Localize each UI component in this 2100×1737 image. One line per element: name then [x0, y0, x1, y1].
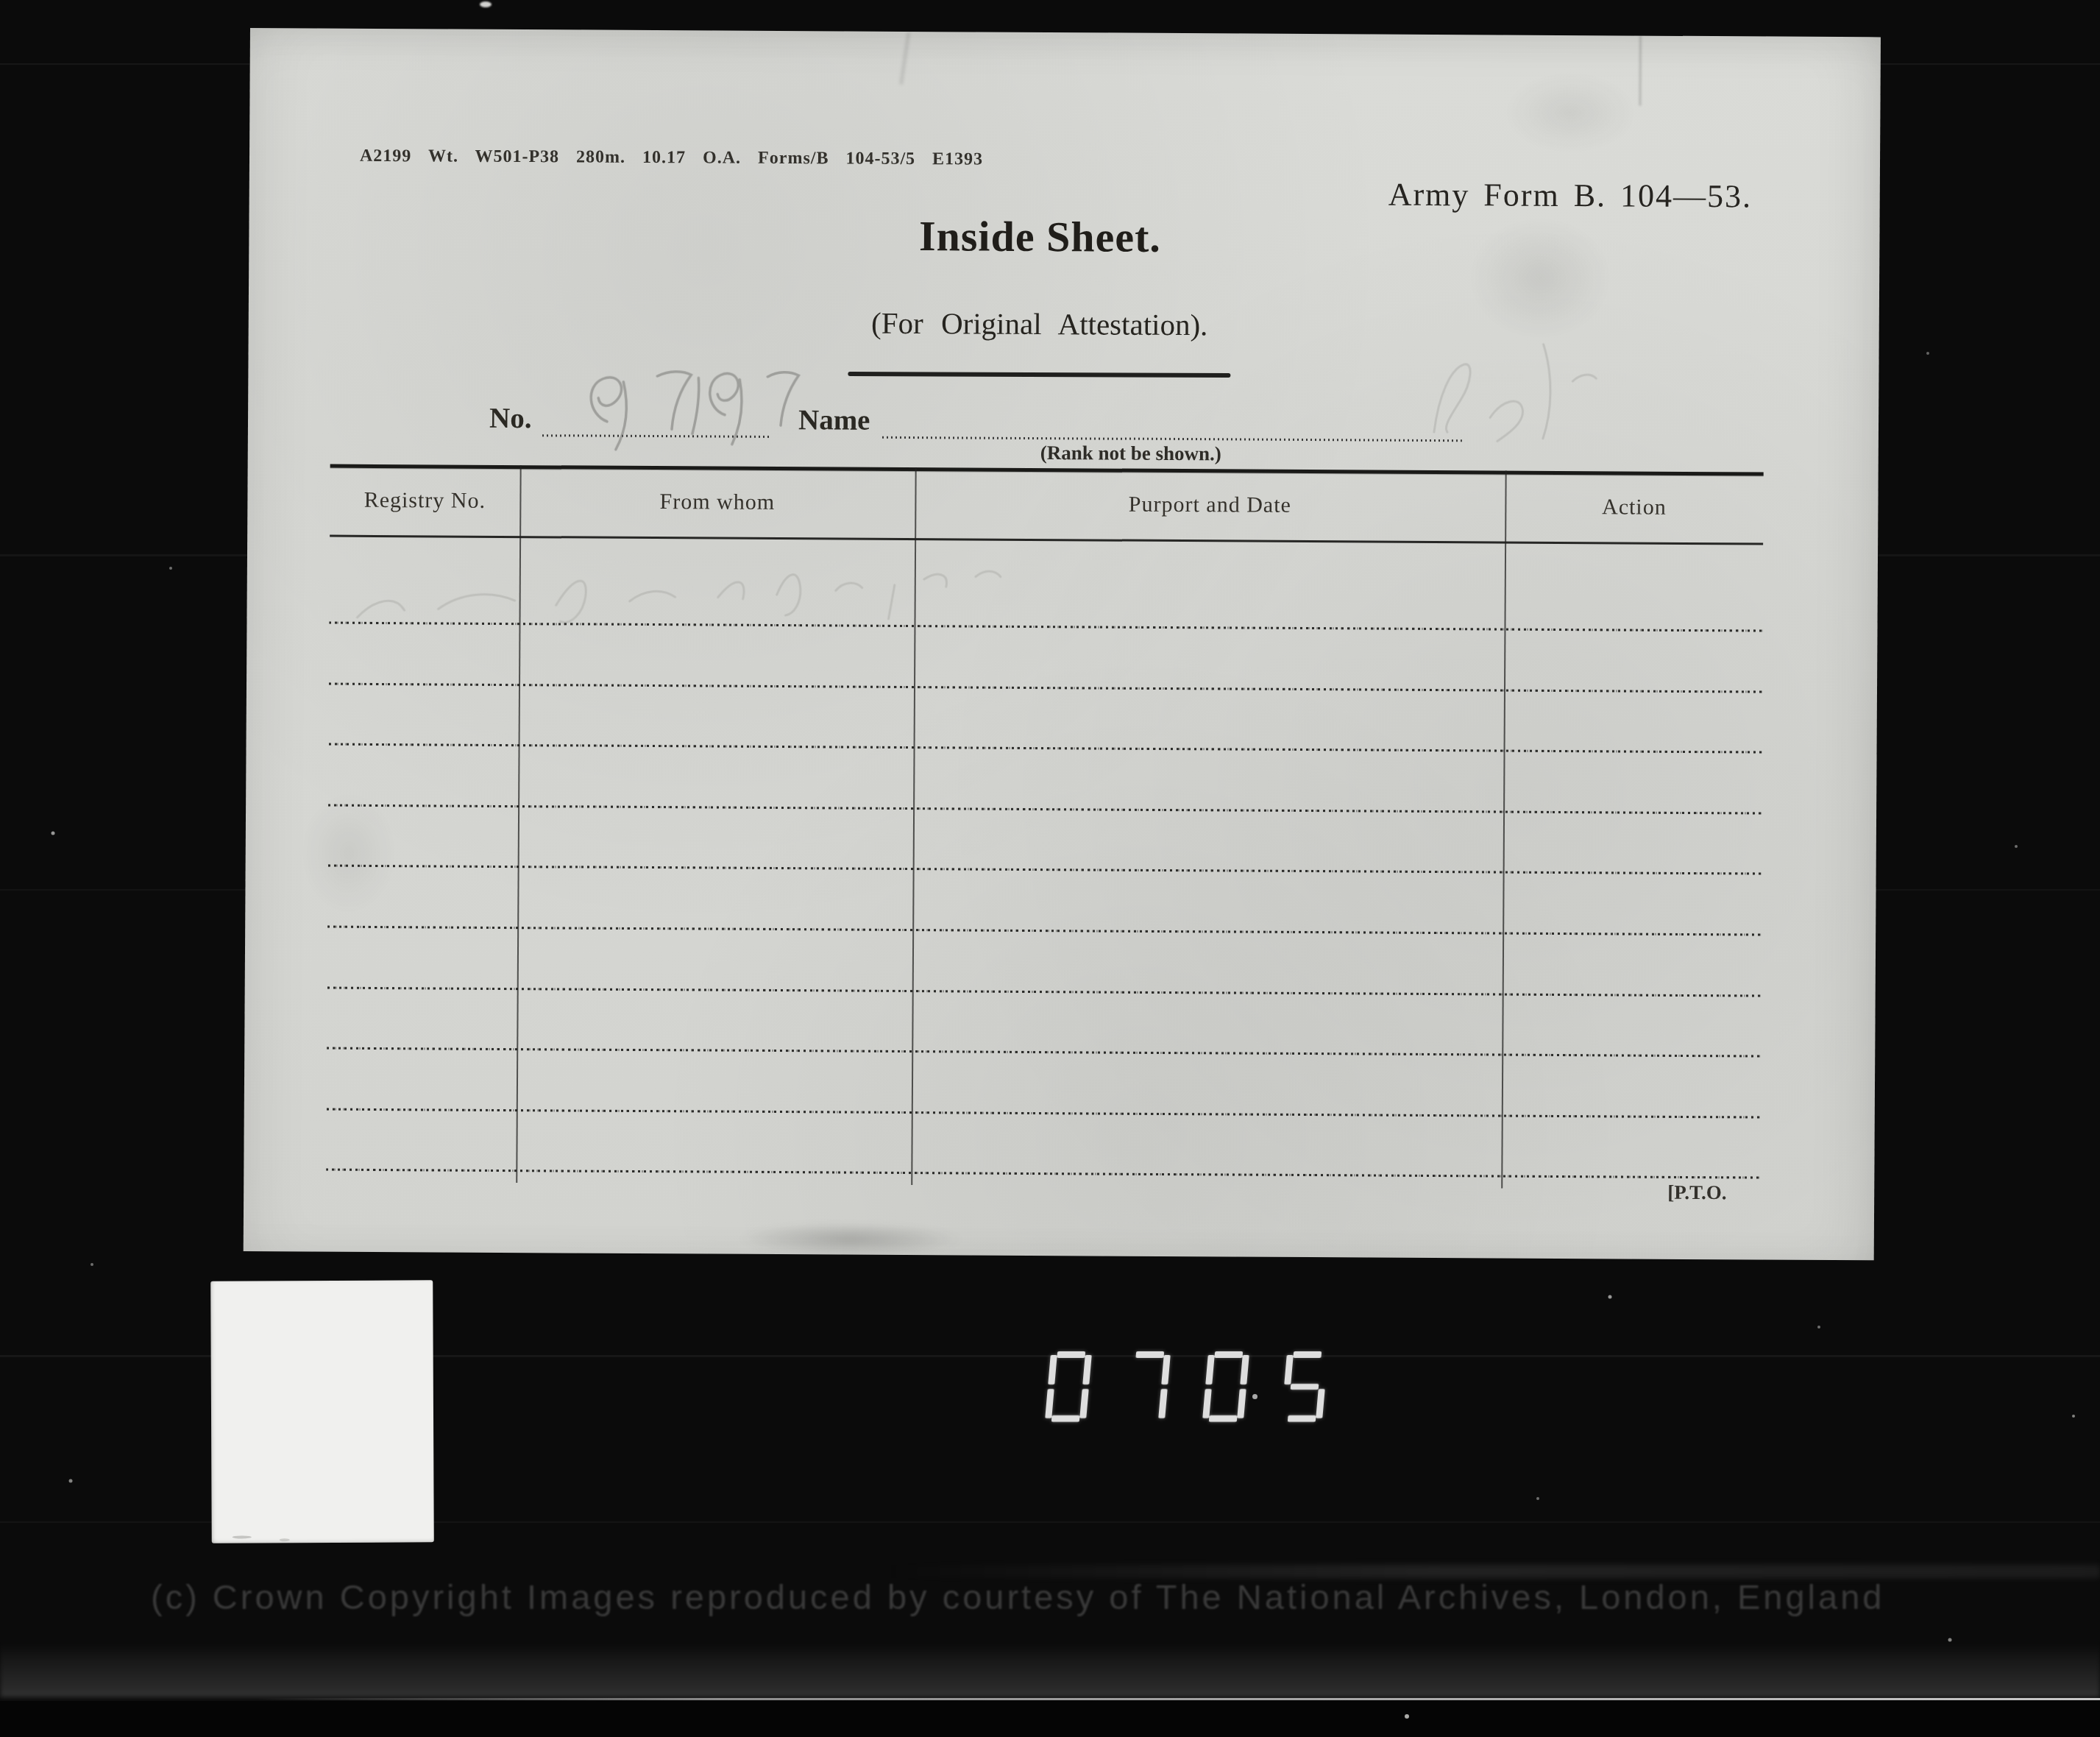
film-streak [0, 1643, 2100, 1697]
table-header-from-whom: From whom [519, 489, 915, 516]
digit-segment [1284, 1355, 1293, 1384]
digit-segment [1209, 1415, 1238, 1422]
attestation-table: Registry No. From whom Purport and Date … [326, 464, 1763, 1197]
document-title: Inside Sheet. [249, 208, 1831, 266]
paper-crease [1639, 36, 1642, 106]
digit-segment [1205, 1355, 1214, 1384]
blank-row-dotted-line [328, 804, 1762, 814]
digit-segment [1079, 1389, 1088, 1418]
no-label: No. [489, 402, 532, 435]
digit-segment [1240, 1355, 1249, 1384]
digit-segment [1202, 1389, 1211, 1418]
table-top-border [330, 464, 1764, 476]
paper-smudge [1493, 64, 1648, 160]
counter-digit [1202, 1351, 1249, 1422]
digit-segment [1161, 1355, 1170, 1384]
digit-segment [1048, 1355, 1057, 1384]
counter-digit [1045, 1351, 1092, 1422]
table-header-registry-no: Registry No. [330, 488, 519, 514]
paper-crease [900, 32, 910, 85]
blank-row-dotted-line [329, 743, 1762, 754]
digit-segment [1158, 1389, 1167, 1418]
column-divider [516, 465, 521, 1183]
digit-segment [1051, 1415, 1080, 1422]
card-speck [280, 1538, 290, 1541]
digit-segment [1316, 1389, 1324, 1418]
no-dotted-line [542, 434, 772, 438]
film-frame-lower-margin [0, 1701, 2100, 1737]
column-divider [1501, 471, 1506, 1189]
blank-row-dotted-line [326, 1169, 1759, 1179]
digit-segment [1288, 1415, 1316, 1422]
microfilm-scan-frame: A2199 Wt. W501-P38 280m. 10.17 O.A. Form… [0, 0, 2100, 1737]
document-paper: A2199 Wt. W501-P38 280m. 10.17 O.A. Form… [244, 28, 1881, 1260]
form-reference: Army Form B. 104—53. [1388, 176, 1753, 216]
digit-segment [1082, 1355, 1091, 1384]
blank-row-dotted-line [327, 1047, 1760, 1058]
blank-row-dotted-line [328, 865, 1762, 875]
film-frame-card [210, 1280, 434, 1543]
digit-segment [1291, 1384, 1319, 1390]
counter-dot-artifact [1252, 1394, 1257, 1399]
table-header-underline [330, 535, 1763, 545]
column-divider [911, 467, 916, 1185]
table-header-action: Action [1505, 495, 1763, 521]
film-frame-edge-line [258, 1698, 2100, 1700]
digit-segment [1057, 1351, 1085, 1358]
printer-code: A2199 Wt. W501-P38 280m. 10.17 O.A. Form… [360, 146, 983, 170]
pto-note: [P.T.O. [1667, 1181, 1726, 1204]
digit-segment [1045, 1389, 1054, 1418]
digit-segment [1214, 1351, 1243, 1358]
title-rule [848, 372, 1230, 378]
paper-smudge [737, 1222, 965, 1257]
name-dotted-line [882, 436, 1462, 442]
blank-row-dotted-line [327, 926, 1761, 936]
digit-segment [1237, 1389, 1246, 1418]
copyright-watermark: (c) Crown Copyright Images reproduced by… [151, 1577, 1884, 1617]
counter-digit [1281, 1351, 1328, 1422]
blank-row-dotted-line [329, 682, 1762, 693]
digit-segment [1293, 1351, 1322, 1358]
card-speck [233, 1535, 252, 1538]
frame-counter [1048, 1351, 1325, 1422]
counter-digit [1124, 1351, 1171, 1422]
blank-row-dotted-line [327, 1108, 1760, 1118]
dust-speck [480, 1, 492, 7]
table-header-purport-and-date: Purport and Date [915, 491, 1505, 519]
name-label: Name [798, 403, 870, 437]
digit-segment [1135, 1351, 1164, 1358]
blank-row-dotted-line [329, 622, 1762, 632]
blank-row-dotted-line [327, 986, 1761, 997]
document-subtitle: (For Original Attestation). [249, 302, 1831, 346]
rank-note: (Rank not be shown.) [984, 442, 1278, 466]
